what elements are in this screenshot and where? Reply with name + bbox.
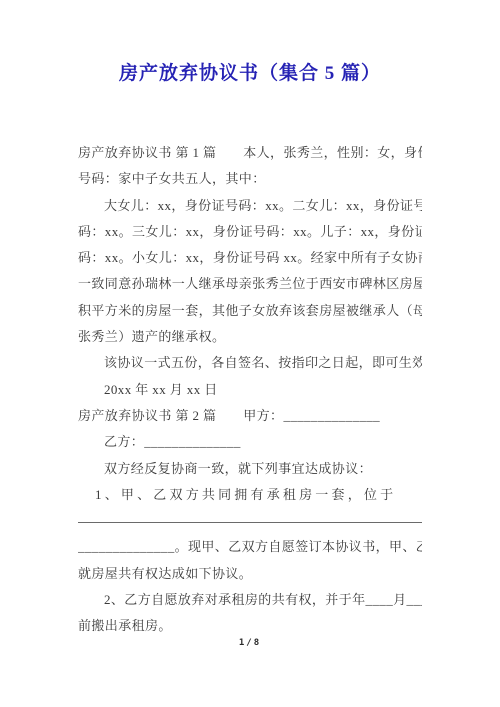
doc-line: 该协议一式五份，各自签名、按指印之日起，即可生效。 — [78, 350, 422, 376]
doc-line: 就房屋共有权达成如下协议。 — [78, 561, 422, 587]
doc-line: 双方经反复协商一致，就下列事宜达成协议： — [78, 456, 422, 482]
doc-line: 积平方米的房屋一套，其他子女放弃该套房屋被继承人（母亲 — [78, 298, 422, 324]
doc-line: 1、甲、乙双方共同拥有承租房一套，位于 — [78, 482, 422, 508]
doc-line: 前搬出承租房。 — [78, 613, 422, 639]
doc-line: 房产放弃协议书 第 2 篇 甲方：______________ — [78, 403, 422, 429]
doc-line: 大女儿：xx，身份证号码：xx。二女儿：xx，身份证号 — [78, 193, 422, 219]
doc-line: 房产放弃协议书 第 1 篇 本人，张秀兰，性别：女，身份证 — [78, 140, 422, 166]
doc-line: 码：xx。三女儿：xx，身份证号码：xx。儿子：xx，身份证号 — [78, 219, 422, 245]
document-page: 房产放弃协议书（集合 5 篇） 房产放弃协议书 第 1 篇 本人，张秀兰，性别：… — [0, 0, 500, 707]
document-body: 房产放弃协议书 第 1 篇 本人，张秀兰，性别：女，身份证 号码：家中子女共五人… — [78, 140, 422, 640]
blank-fill-line — [78, 508, 422, 534]
doc-line: 乙方：______________ — [78, 429, 422, 455]
doc-line: 2、乙方自愿放弃对承租房的共有权，并于年____月___日 — [78, 587, 422, 613]
doc-line: ______________。现甲、乙双方自愿签订本协议书，甲、乙双方 — [78, 534, 422, 560]
doc-line: 号码：家中子女共五人，其中： — [78, 166, 422, 192]
doc-line: 一致同意孙瑞林一人继承母亲张秀兰位于西安市碑林区房屋面 — [78, 271, 422, 297]
doc-line: 码：xx。小女儿：xx，身份证号码 xx。经家中所有子女协商， — [78, 245, 422, 271]
page-number: 1/8 — [0, 638, 500, 648]
document-title: 房产放弃协议书（集合 5 篇） — [0, 58, 500, 85]
doc-line: 张秀兰）遗产的继承权。 — [78, 324, 422, 350]
doc-line: 20xx 年 xx 月 xx 日 — [78, 377, 422, 403]
